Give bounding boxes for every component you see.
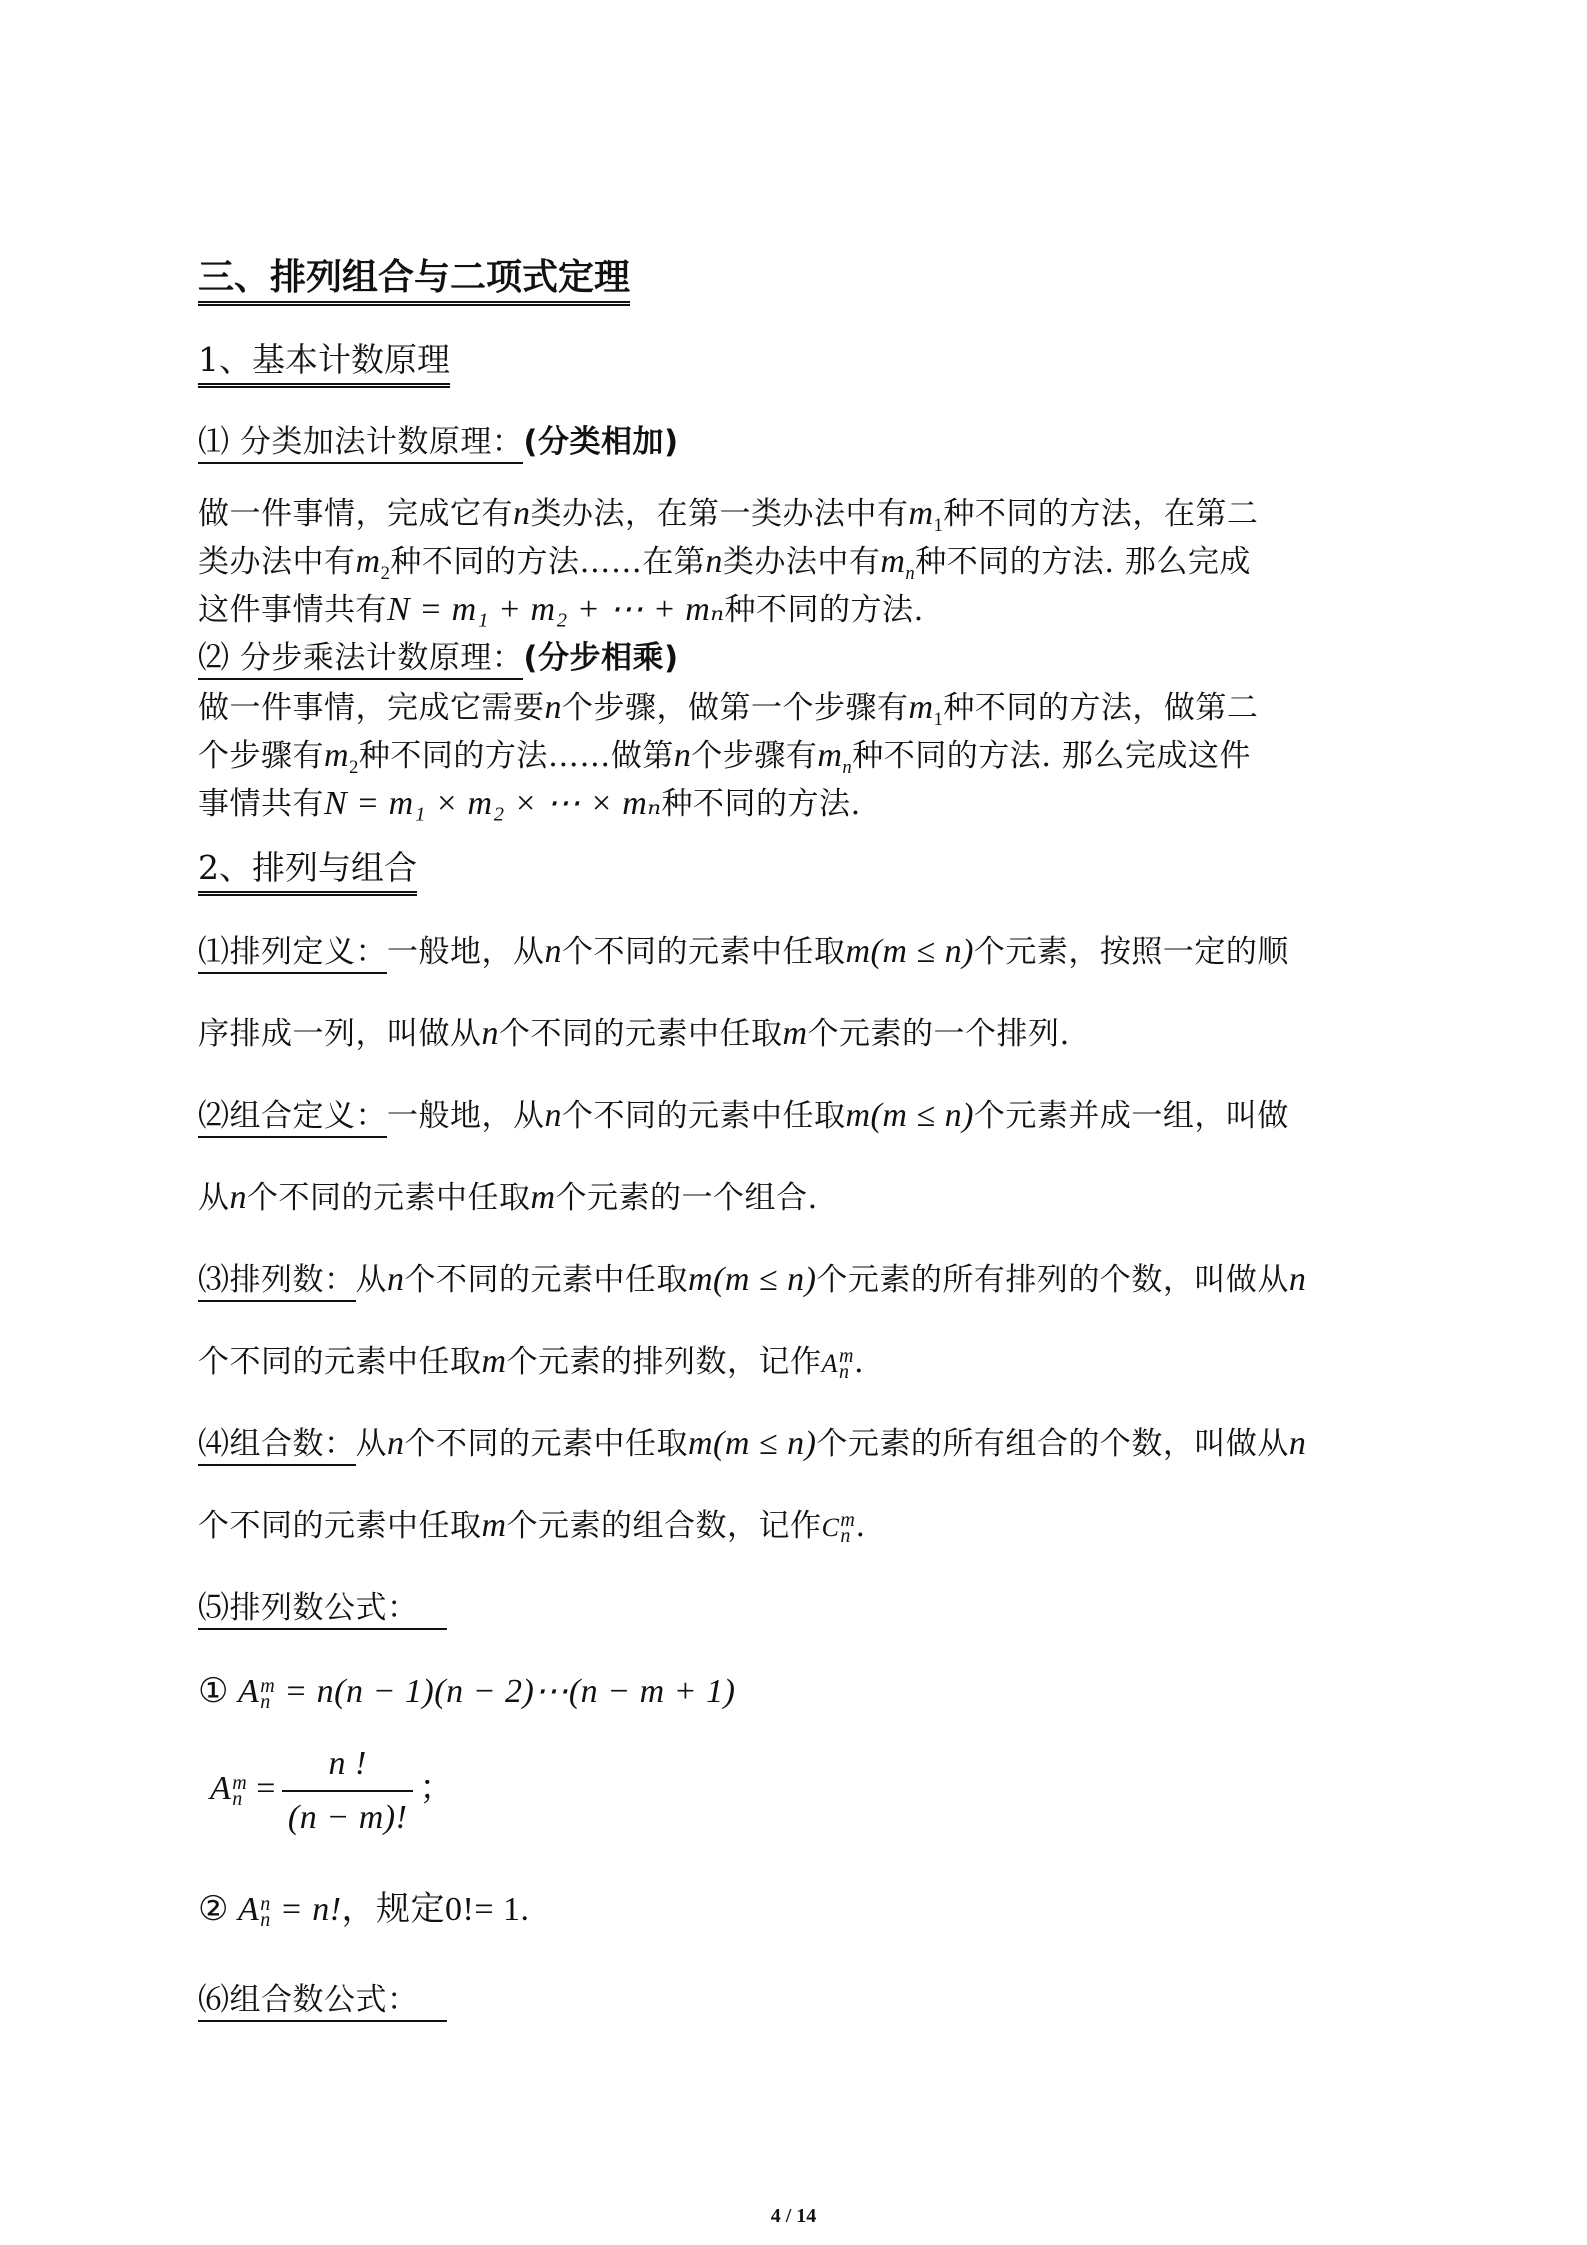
multiplication-principle-label: ⑵ 分步乘法计数原理： <box>198 640 523 680</box>
text: 个元素的一个组合. <box>556 1180 818 1216</box>
text: 个步骤有 <box>691 738 817 774</box>
text: 个不同的元素中任取 <box>198 1344 482 1380</box>
var-n: n <box>1289 1425 1307 1462</box>
zero-factorial-def: 0!= 1 <box>445 1891 521 1928</box>
var-m: m <box>783 1015 808 1052</box>
comb-symbol: C <box>822 1513 840 1542</box>
comb-def-line-1: ⑵组合定义：一般地，从n个不同的元素中任取m(m ≤ n)个元素并成一组，叫做 <box>198 1092 1289 1140</box>
var-n: n <box>1289 1261 1307 1298</box>
perm-formula-label: ⑸排列数公式： <box>198 1590 447 1630</box>
factorial-formula: = n! <box>280 1891 342 1928</box>
addition-line-3: 这件事情共有N = m₁ + m₂ + ⋯ + mₙ种不同的方法. <box>198 586 924 634</box>
perm-product-formula: = n(n − 1)(n − 2)⋯(n − m + 1) <box>284 1673 735 1710</box>
text: 序排成一列，叫做从 <box>198 1016 482 1052</box>
text: . <box>855 1508 865 1544</box>
text: 个步骤有 <box>198 738 324 774</box>
text: . <box>521 1891 530 1928</box>
comb-number-line-1: ⑷组合数：从n个不同的元素中任取m(m ≤ n)个元素的所有组合的个数，叫做从n <box>198 1420 1306 1468</box>
section-title: 三、排列组合与二项式定理 <box>198 256 630 306</box>
comb-symbol-indices: mn <box>840 1512 855 1544</box>
text: 做一件事情，完成它有 <box>198 496 513 532</box>
var-n: n <box>387 1425 405 1462</box>
perm-formula-factorial: Amn =n !(n − m)!； <box>210 1740 454 1842</box>
var-n: n <box>513 495 531 532</box>
text: 个不同的元素中任取 <box>562 1098 846 1134</box>
var-m: m <box>880 543 905 580</box>
text: 个元素，按照一定的顺 <box>974 934 1289 970</box>
text: 个元素并成一组，叫做 <box>974 1098 1289 1134</box>
perm-formula-1: ① Amn = n(n − 1)(n − 2)⋯(n − m + 1) <box>198 1668 735 1716</box>
subscript: n <box>842 757 852 778</box>
addition-formula: N = m₁ + m₂ + ⋯ + mₙ <box>387 591 725 628</box>
text: 个不同的元素中任取 <box>405 1426 689 1462</box>
text: 个不同的元素中任取 <box>405 1262 689 1298</box>
var-m: m <box>909 495 934 532</box>
addition-principle-tag: (分类相加) <box>523 424 678 460</box>
var-m: m <box>909 689 934 726</box>
perm-symbol: A <box>238 1891 259 1928</box>
fraction: n !(n − m)! <box>282 1740 413 1842</box>
perm-symbol: A <box>238 1673 259 1710</box>
var-m: m <box>482 1507 507 1544</box>
text: 种不同的方法. <box>725 592 924 628</box>
var-n: n <box>705 543 723 580</box>
var-n: n <box>545 689 563 726</box>
equals: = <box>256 1770 276 1807</box>
multiplication-formula: N = m₁ × m₂ × ⋯ × mₙ <box>324 785 662 822</box>
text: 个元素的组合数，记作 <box>507 1508 822 1544</box>
text: 个不同的元素中任取 <box>247 1180 531 1216</box>
subscript: n <box>905 563 915 584</box>
perm-def-line-2: 序排成一列，叫做从n个不同的元素中任取m个元素的一个排列. <box>198 1010 1070 1058</box>
text: 种不同的方法……做第 <box>359 738 674 774</box>
perm-number-line-1: ⑶排列数：从n个不同的元素中任取m(m ≤ n)个元素的所有排列的个数，叫做从n <box>198 1256 1306 1304</box>
var-m: m <box>531 1179 556 1216</box>
var-m: m <box>482 1343 507 1380</box>
text: 个元素的所有组合的个数，叫做从 <box>816 1426 1289 1462</box>
var-n: n <box>674 737 692 774</box>
numerator: n ! <box>282 1740 413 1790</box>
text: ； <box>419 1770 454 1807</box>
condition: m(m ≤ n) <box>846 1097 974 1134</box>
perm-formula-heading: ⑸排列数公式： <box>198 1584 447 1632</box>
text: 类办法，在第一类办法中有 <box>531 496 909 532</box>
text: 这件事情共有 <box>198 592 387 628</box>
condition: m(m ≤ n) <box>846 933 974 970</box>
condition: m(m ≤ n) <box>688 1425 816 1462</box>
text: 一般地，从 <box>387 1098 545 1134</box>
page-number: 4 / 14 <box>0 2205 1587 2228</box>
perm-symbol: A <box>822 1349 838 1378</box>
text: . <box>854 1344 864 1380</box>
text: 个元素的一个排列. <box>808 1016 1070 1052</box>
text: 种不同的方法，在第二 <box>943 496 1258 532</box>
var-m: m <box>817 737 842 774</box>
subscript: 1 <box>934 515 944 536</box>
text: 个步骤，做第一个步骤有 <box>562 690 909 726</box>
text: 一般地，从 <box>387 934 545 970</box>
text: 做一件事情，完成它需要 <box>198 690 545 726</box>
text: 从 <box>356 1426 388 1462</box>
comb-def-label: ⑵组合定义： <box>198 1098 387 1138</box>
text: 从 <box>198 1180 230 1216</box>
text: 从 <box>356 1262 388 1298</box>
denominator: (n − m)! <box>282 1790 413 1842</box>
perm-symbol-indices: mn <box>260 1678 275 1710</box>
perm-number-line-2: 个不同的元素中任取m个元素的排列数，记作Amn. <box>198 1338 864 1388</box>
comb-def-line-2: 从n个不同的元素中任取m个元素的一个组合. <box>198 1174 818 1222</box>
var-m: m <box>356 543 381 580</box>
perm-def-label: ⑴排列定义： <box>198 934 387 974</box>
subscript: 2 <box>349 757 359 778</box>
perm-def-line-1: ⑴排列定义：一般地，从n个不同的元素中任取m(m ≤ n)个元素，按照一定的顺 <box>198 928 1289 976</box>
text: 种不同的方法. <box>662 786 861 822</box>
text: 个不同的元素中任取 <box>499 1016 783 1052</box>
var-m: m <box>324 737 349 774</box>
text: 事情共有 <box>198 786 324 822</box>
addition-principle-label: ⑴ 分类加法计数原理： <box>198 424 523 464</box>
circled-one: ① <box>198 1673 229 1710</box>
subscript: 1 <box>934 709 944 730</box>
text: 种不同的方法，做第二 <box>943 690 1258 726</box>
perm-formula-2: ② Ann = n!，规定0!= 1. <box>198 1886 530 1934</box>
subscript: 2 <box>381 563 391 584</box>
perm-symbol: A <box>210 1770 231 1807</box>
text: 类办法中有 <box>723 544 881 580</box>
addition-principle-heading: ⑴ 分类加法计数原理：(分类相加) <box>198 418 679 466</box>
comb-number-line-2: 个不同的元素中任取m个元素的组合数，记作Cmn. <box>198 1502 866 1552</box>
subsection-title-counting: 1、基本计数原理 <box>198 338 450 388</box>
text: 个元素的所有排列的个数，叫做从 <box>816 1262 1289 1298</box>
perm-symbol-indices: mn <box>232 1775 247 1807</box>
condition: m(m ≤ n) <box>688 1261 816 1298</box>
comb-number-label: ⑷组合数： <box>198 1426 356 1466</box>
text: 个不同的元素中任取 <box>198 1508 482 1544</box>
multiplication-line-3: 事情共有N = m₁ × m₂ × ⋯ × mₙ种不同的方法. <box>198 780 861 828</box>
text: 种不同的方法. 那么完成这件 <box>852 738 1251 774</box>
comb-formula-heading: ⑹组合数公式： <box>198 1976 447 2024</box>
var-n: n <box>545 933 563 970</box>
var-n: n <box>230 1179 248 1216</box>
var-n: n <box>545 1097 563 1134</box>
text: 类办法中有 <box>198 544 356 580</box>
perm-symbol-indices: mn <box>839 1348 854 1380</box>
document-page: 三、排列组合与二项式定理 1、基本计数原理 ⑴ 分类加法计数原理：(分类相加) … <box>0 0 1587 2245</box>
perm-number-label: ⑶排列数： <box>198 1262 356 1302</box>
perm-symbol-indices: nn <box>260 1896 271 1928</box>
subsection-title-perm-comb: 2、排列与组合 <box>198 846 417 896</box>
comb-formula-label: ⑹组合数公式： <box>198 1982 447 2022</box>
multiplication-principle-heading: ⑵ 分步乘法计数原理：(分步相乘) <box>198 634 679 682</box>
var-n: n <box>387 1261 405 1298</box>
circled-two: ② <box>198 1891 229 1928</box>
text: 个不同的元素中任取 <box>562 934 846 970</box>
text: ，规定 <box>342 1891 446 1928</box>
multiplication-principle-tag: (分步相乘) <box>523 640 678 676</box>
text: 种不同的方法. 那么完成 <box>915 544 1251 580</box>
var-n: n <box>482 1015 500 1052</box>
text: 个元素的排列数，记作 <box>507 1344 822 1380</box>
text: 种不同的方法……在第 <box>390 544 705 580</box>
